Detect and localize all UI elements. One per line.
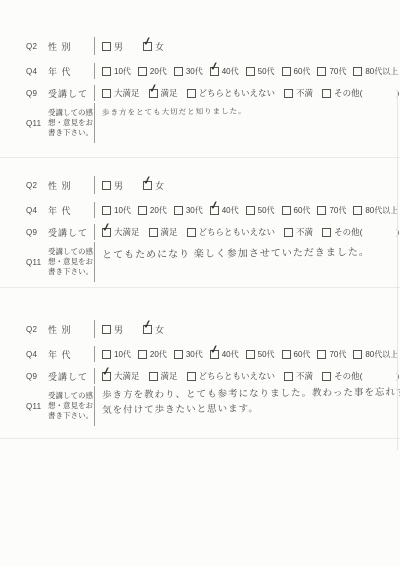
satisfaction-options: ✓ 大満足 ✓ 満足 ✓ どちらともいえない ✓ 不満 ✓ その他( xyxy=(102,370,362,382)
option-checkbox[interactable]: ✓ xyxy=(102,42,111,51)
option-label: 20代 xyxy=(150,205,167,216)
option-item[interactable]: ✓ 男 xyxy=(102,323,123,336)
option-checkbox[interactable]: ✓ xyxy=(353,67,362,76)
option-item[interactable]: ✓ どちらともいえない xyxy=(187,87,276,99)
option-label: その他( xyxy=(334,87,362,99)
option-item[interactable]: ✓ 男 xyxy=(102,179,123,192)
option-label: 50代 xyxy=(258,349,275,360)
option-item[interactable]: ✓ 満足 xyxy=(149,370,178,382)
option-checkbox[interactable]: ✓ xyxy=(102,228,111,237)
option-item[interactable]: ✓ その他( xyxy=(322,87,362,99)
option-item[interactable]: ✓ 男 xyxy=(102,40,123,53)
check-mark-icon: ✓ xyxy=(142,175,153,188)
gender-row: Q2 性 別 ✓ 男 ✓ 女 xyxy=(0,320,400,338)
option-item[interactable]: ✓ 60代 xyxy=(282,205,311,216)
question-number: Q11 xyxy=(0,119,48,128)
gender-row: Q2 性 別 ✓ 男 ✓ 女 xyxy=(0,37,400,55)
option-label: 大満足 xyxy=(114,87,140,99)
survey-response-1: Q2 性 別 ✓ 男 ✓ 女 Q4 年 代 ✓ 10代 ✓ 20代 ✓ 30代 … xyxy=(0,37,400,143)
question-label: 受講しての感想・意見をお書き下さい。 xyxy=(48,247,94,276)
options-area: ✓ 男 ✓ 女 xyxy=(94,176,400,194)
option-item[interactable]: ✓ 50代 xyxy=(246,205,275,216)
option-label: 80代以上 xyxy=(365,349,398,360)
option-checkbox[interactable]: ✓ xyxy=(246,350,255,359)
survey-response-3: Q2 性 別 ✓ 男 ✓ 女 Q4 年 代 ✓ 10代 ✓ 20代 ✓ 30代 … xyxy=(0,320,400,426)
comment-field[interactable]: とてもためになり 楽しく参加させていただきました。 xyxy=(94,242,400,282)
question-number: Q9 xyxy=(0,89,48,98)
option-item[interactable]: ✓ 大満足 xyxy=(102,226,140,238)
option-checkbox[interactable]: ✓ xyxy=(102,325,111,334)
option-label: その他( xyxy=(334,226,362,238)
section-divider xyxy=(0,438,400,439)
comment-row: Q11 受講しての感想・意見をお書き下さい。 歩き方を教わり、とても参考になりま… xyxy=(0,386,400,426)
option-item[interactable]: ✓ 10代 xyxy=(102,349,131,360)
options-area: ✓ 男 ✓ 女 xyxy=(94,37,400,55)
option-checkbox[interactable]: ✓ xyxy=(102,181,111,190)
scan-page-edge xyxy=(397,90,398,450)
age-options: ✓ 10代 ✓ 20代 ✓ 30代 ✓ 40代 ✓ 50代 ✓ 60代 ✓ 70… xyxy=(102,349,398,360)
option-checkbox[interactable]: ✓ xyxy=(187,228,196,237)
option-checkbox[interactable]: ✓ xyxy=(102,89,111,98)
question-label: 受講して xyxy=(48,370,94,383)
option-checkbox[interactable]: ✓ xyxy=(246,67,255,76)
option-label: 女 xyxy=(155,179,164,192)
option-label: どちらともいえない xyxy=(199,370,276,382)
survey-response-2: Q2 性 別 ✓ 男 ✓ 女 Q4 年 代 ✓ 10代 ✓ 20代 ✓ 30代 … xyxy=(0,176,400,282)
option-label: 大満足 xyxy=(114,370,140,382)
option-item[interactable]: ✓ 60代 xyxy=(282,66,311,77)
question-label: 受講しての感想・意見をお書き下さい。 xyxy=(48,108,94,137)
option-label: 不満 xyxy=(296,370,313,382)
option-label: 60代 xyxy=(294,66,311,77)
option-label: 30代 xyxy=(186,66,203,77)
option-checkbox[interactable]: ✓ xyxy=(149,89,158,98)
question-number: Q2 xyxy=(0,181,48,190)
handwritten-comment-line: とてもためになり 楽しく参加させていただきました。 xyxy=(102,243,370,261)
option-item[interactable]: ✓ 20代 xyxy=(138,205,167,216)
age-options: ✓ 10代 ✓ 20代 ✓ 30代 ✓ 40代 ✓ 50代 ✓ 60代 ✓ 70… xyxy=(102,205,398,216)
comment-field[interactable]: 歩き方を教わり、とても参考になりました。教わった事を忘れずに 気を付けて歩きたい… xyxy=(94,386,400,426)
comment-row: Q11 受講しての感想・意見をお書き下さい。 歩き方をとても大切だと知りました。 xyxy=(0,103,400,143)
question-label: 性 別 xyxy=(48,40,94,53)
option-label: 満足 xyxy=(161,370,178,382)
handwritten-comment-line: 歩き方を教わり、とても参考になりました。教わった事を忘れずに xyxy=(102,385,400,403)
option-checkbox[interactable]: ✓ xyxy=(284,89,293,98)
option-checkbox[interactable]: ✓ xyxy=(353,350,362,359)
option-item[interactable]: ✓ 女 xyxy=(143,323,164,336)
options-area: ✓ 10代 ✓ 20代 ✓ 30代 ✓ 40代 ✓ 50代 ✓ 60代 ✓ 70… xyxy=(94,346,400,362)
option-checkbox[interactable]: ✓ xyxy=(143,325,152,334)
option-label: 70代 xyxy=(329,66,346,77)
satisfaction-row: Q9 受講して ✓ 大満足 ✓ 満足 ✓ どちらともいえない ✓ 不満 ✓ その… xyxy=(0,368,400,384)
option-item[interactable]: ✓ その他( xyxy=(322,370,362,382)
option-label: その他( xyxy=(334,370,362,382)
option-item[interactable]: ✓ 大満足 xyxy=(102,87,140,99)
option-item[interactable]: ✓ 80代以上 xyxy=(353,205,398,216)
handwritten-comment-line: 歩き方をとても大切だと知りました。 xyxy=(102,105,247,118)
option-label: 70代 xyxy=(329,349,346,360)
option-label: 10代 xyxy=(114,349,131,360)
option-item[interactable]: ✓ 50代 xyxy=(246,66,275,77)
option-checkbox[interactable]: ✓ xyxy=(322,372,331,381)
options-area: ✓ 大満足 ✓ 満足 ✓ どちらともいえない ✓ 不満 ✓ その他( ) xyxy=(94,368,400,384)
option-label: どちらともいえない xyxy=(199,226,276,238)
gender-options: ✓ 男 ✓ 女 xyxy=(102,179,164,192)
option-checkbox[interactable]: ✓ xyxy=(353,206,362,215)
option-checkbox[interactable]: ✓ xyxy=(102,67,111,76)
check-mark-icon: ✓ xyxy=(101,366,112,379)
option-item[interactable]: ✓ 20代 xyxy=(138,66,167,77)
options-area: ✓ 男 ✓ 女 xyxy=(94,320,400,338)
option-label: 不満 xyxy=(296,226,313,238)
option-label: 女 xyxy=(155,323,164,336)
option-checkbox[interactable]: ✓ xyxy=(138,206,147,215)
question-label: 年 代 xyxy=(48,204,94,217)
section-divider xyxy=(0,287,400,288)
question-number: Q2 xyxy=(0,42,48,51)
question-label: 受講して xyxy=(48,226,94,239)
question-number: Q4 xyxy=(0,206,48,215)
option-item[interactable]: ✓ 30代 xyxy=(174,349,203,360)
comment-field[interactable]: 歩き方をとても大切だと知りました。 xyxy=(94,103,400,143)
option-checkbox[interactable]: ✓ xyxy=(187,372,196,381)
question-number: Q4 xyxy=(0,350,48,359)
check-mark-icon: ✓ xyxy=(101,222,112,235)
question-label: 受講しての感想・意見をお書き下さい。 xyxy=(48,391,94,420)
option-item[interactable]: ✓ 20代 xyxy=(138,349,167,360)
option-checkbox[interactable]: ✓ xyxy=(102,372,111,381)
option-label: 20代 xyxy=(150,66,167,77)
question-number: Q2 xyxy=(0,325,48,334)
satisfaction-row: Q9 受講して ✓ 大満足 ✓ 満足 ✓ どちらともいえない ✓ 不満 ✓ その… xyxy=(0,224,400,240)
option-checkbox[interactable]: ✓ xyxy=(317,67,326,76)
option-label: 男 xyxy=(114,179,123,192)
options-area: ✓ 大満足 ✓ 満足 ✓ どちらともいえない ✓ 不満 ✓ その他( ) xyxy=(94,224,400,240)
option-item[interactable]: ✓ 40代 xyxy=(210,66,239,77)
option-item[interactable]: ✓ 40代 xyxy=(210,205,239,216)
option-checkbox[interactable]: ✓ xyxy=(282,206,291,215)
question-number: Q11 xyxy=(0,402,48,411)
question-number: Q9 xyxy=(0,228,48,237)
check-mark-icon: ✓ xyxy=(147,83,158,96)
option-item[interactable]: ✓ 女 xyxy=(143,40,164,53)
age-row: Q4 年 代 ✓ 10代 ✓ 20代 ✓ 30代 ✓ 40代 ✓ 50代 ✓ 6… xyxy=(0,346,400,362)
option-item[interactable]: ✓ 女 xyxy=(143,179,164,192)
option-item[interactable]: ✓ 50代 xyxy=(246,349,275,360)
options-area: ✓ 10代 ✓ 20代 ✓ 30代 ✓ 40代 ✓ 50代 ✓ 60代 ✓ 70… xyxy=(94,63,400,79)
option-item[interactable]: ✓ 満足 xyxy=(149,226,178,238)
question-label: 性 別 xyxy=(48,323,94,336)
option-label: 80代以上 xyxy=(365,66,398,77)
option-checkbox[interactable]: ✓ xyxy=(149,372,158,381)
options-area: ✓ 大満足 ✓ 満足 ✓ どちらともいえない ✓ 不満 ✓ その他( ) xyxy=(94,85,400,101)
option-checkbox[interactable]: ✓ xyxy=(317,206,326,215)
option-label: 50代 xyxy=(258,66,275,77)
option-item[interactable]: ✓ その他( xyxy=(322,226,362,238)
option-checkbox[interactable]: ✓ xyxy=(102,206,111,215)
handwritten-comment-line: 気を付けて歩きたいと思います。 xyxy=(102,401,259,418)
option-checkbox[interactable]: ✓ xyxy=(174,206,183,215)
option-item[interactable]: ✓ 80代以上 xyxy=(353,349,398,360)
option-item[interactable]: ✓ 10代 xyxy=(102,205,131,216)
option-item[interactable]: ✓ 30代 xyxy=(174,205,203,216)
option-checkbox[interactable]: ✓ xyxy=(143,181,152,190)
gender-row: Q2 性 別 ✓ 男 ✓ 女 xyxy=(0,176,400,194)
question-number: Q11 xyxy=(0,258,48,267)
option-checkbox[interactable]: ✓ xyxy=(138,67,147,76)
satisfaction-options: ✓ 大満足 ✓ 満足 ✓ どちらともいえない ✓ 不満 ✓ その他( xyxy=(102,226,362,238)
age-row: Q4 年 代 ✓ 10代 ✓ 20代 ✓ 30代 ✓ 40代 ✓ 50代 ✓ 6… xyxy=(0,202,400,218)
option-item[interactable]: ✓ 不満 xyxy=(284,87,313,99)
option-label: 60代 xyxy=(294,349,311,360)
option-label: 50代 xyxy=(258,205,275,216)
option-item[interactable]: ✓ 不満 xyxy=(284,370,313,382)
option-checkbox[interactable]: ✓ xyxy=(322,89,331,98)
option-label: 満足 xyxy=(161,87,178,99)
gender-options: ✓ 男 ✓ 女 xyxy=(102,40,164,53)
option-label: 男 xyxy=(114,40,123,53)
option-checkbox[interactable]: ✓ xyxy=(284,228,293,237)
satisfaction-options: ✓ 大満足 ✓ 満足 ✓ どちらともいえない ✓ 不満 ✓ その他( xyxy=(102,87,362,99)
options-area: ✓ 10代 ✓ 20代 ✓ 30代 ✓ 40代 ✓ 50代 ✓ 60代 ✓ 70… xyxy=(94,202,400,218)
option-checkbox[interactable]: ✓ xyxy=(187,89,196,98)
option-label: 不満 xyxy=(296,87,313,99)
option-checkbox[interactable]: ✓ xyxy=(143,42,152,51)
option-label: 40代 xyxy=(222,205,239,216)
option-item[interactable]: ✓ 80代以上 xyxy=(353,66,398,77)
option-checkbox[interactable]: ✓ xyxy=(102,350,111,359)
option-label: 10代 xyxy=(114,205,131,216)
option-item[interactable]: ✓ 60代 xyxy=(282,349,311,360)
age-options: ✓ 10代 ✓ 20代 ✓ 30代 ✓ 40代 ✓ 50代 ✓ 60代 ✓ 70… xyxy=(102,66,398,77)
option-checkbox[interactable]: ✓ xyxy=(149,228,158,237)
check-mark-icon: ✓ xyxy=(142,319,153,332)
option-checkbox[interactable]: ✓ xyxy=(210,206,219,215)
check-mark-icon: ✓ xyxy=(209,200,220,213)
option-label: 60代 xyxy=(294,205,311,216)
gender-options: ✓ 男 ✓ 女 xyxy=(102,323,164,336)
option-item[interactable]: ✓ 10代 xyxy=(102,66,131,77)
question-number: Q4 xyxy=(0,67,48,76)
option-checkbox[interactable]: ✓ xyxy=(317,350,326,359)
option-checkbox[interactable]: ✓ xyxy=(138,350,147,359)
question-label: 性 別 xyxy=(48,179,94,192)
question-label: 受講して xyxy=(48,87,94,100)
option-label: 80代以上 xyxy=(365,205,398,216)
option-checkbox[interactable]: ✓ xyxy=(210,67,219,76)
option-item[interactable]: ✓ 70代 xyxy=(317,349,346,360)
option-item[interactable]: ✓ 大満足 xyxy=(102,370,140,382)
option-label: 20代 xyxy=(150,349,167,360)
option-checkbox[interactable]: ✓ xyxy=(284,372,293,381)
option-checkbox[interactable]: ✓ xyxy=(246,206,255,215)
option-label: 70代 xyxy=(329,205,346,216)
option-item[interactable]: ✓ 30代 xyxy=(174,66,203,77)
question-label: 年 代 xyxy=(48,348,94,361)
option-checkbox[interactable]: ✓ xyxy=(322,228,331,237)
option-checkbox[interactable]: ✓ xyxy=(210,350,219,359)
check-mark-icon: ✓ xyxy=(209,344,220,357)
option-label: 女 xyxy=(155,40,164,53)
option-checkbox[interactable]: ✓ xyxy=(282,350,291,359)
option-checkbox[interactable]: ✓ xyxy=(174,350,183,359)
option-label: 男 xyxy=(114,323,123,336)
age-row: Q4 年 代 ✓ 10代 ✓ 20代 ✓ 30代 ✓ 40代 ✓ 50代 ✓ 6… xyxy=(0,63,400,79)
check-mark-icon: ✓ xyxy=(209,61,220,74)
option-item[interactable]: ✓ 満足 xyxy=(149,87,178,99)
option-label: 40代 xyxy=(222,66,239,77)
option-label: 10代 xyxy=(114,66,131,77)
option-label: 40代 xyxy=(222,349,239,360)
option-label: 満足 xyxy=(161,226,178,238)
option-item[interactable]: ✓ どちらともいえない xyxy=(187,226,276,238)
option-item[interactable]: ✓ どちらともいえない xyxy=(187,370,276,382)
option-label: 大満足 xyxy=(114,226,140,238)
satisfaction-row: Q9 受講して ✓ 大満足 ✓ 満足 ✓ どちらともいえない ✓ 不満 ✓ その… xyxy=(0,85,400,101)
option-label: 30代 xyxy=(186,205,203,216)
question-number: Q9 xyxy=(0,372,48,381)
option-label: 30代 xyxy=(186,349,203,360)
option-item[interactable]: ✓ 不満 xyxy=(284,226,313,238)
section-divider xyxy=(0,157,400,158)
option-item[interactable]: ✓ 70代 xyxy=(317,205,346,216)
check-mark-icon: ✓ xyxy=(142,36,153,49)
option-checkbox[interactable]: ✓ xyxy=(174,67,183,76)
option-item[interactable]: ✓ 40代 xyxy=(210,349,239,360)
comment-row: Q11 受講しての感想・意見をお書き下さい。 とてもためになり 楽しく参加させて… xyxy=(0,242,400,282)
option-label: どちらともいえない xyxy=(199,87,276,99)
option-item[interactable]: ✓ 70代 xyxy=(317,66,346,77)
question-label: 年 代 xyxy=(48,65,94,78)
option-checkbox[interactable]: ✓ xyxy=(282,67,291,76)
